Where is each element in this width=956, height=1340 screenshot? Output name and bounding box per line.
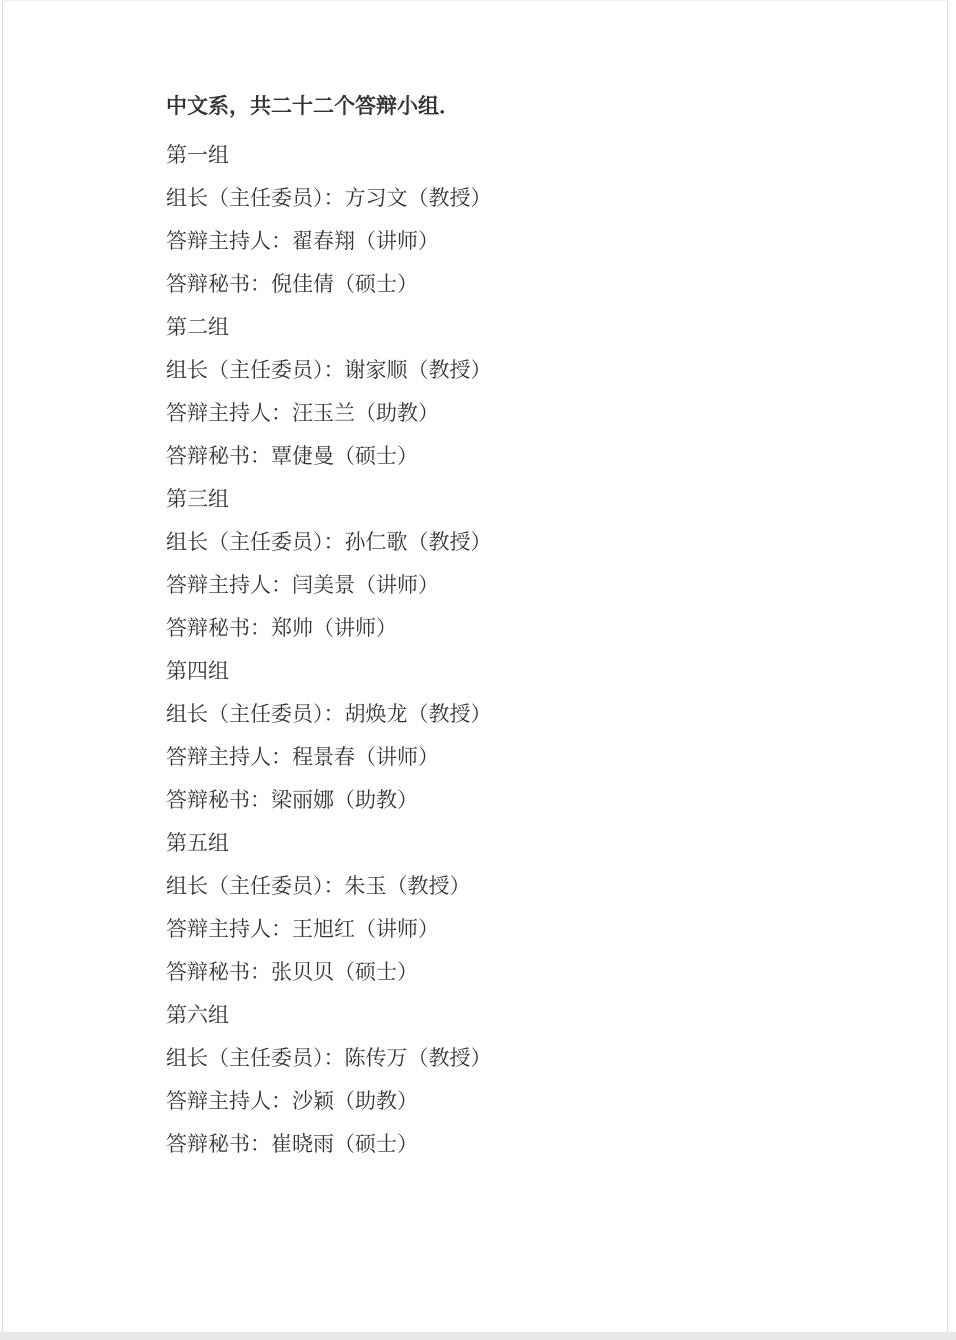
group-section-4: 第四组 组长（主任委员）：胡焕龙（教授） 答辩主持人：程景春（讲师） 答辩秘书：… — [166, 650, 806, 822]
group-leader-line: 组长（主任委员）：孙仁歌（教授） — [166, 521, 806, 564]
defense-secretary-line: 答辩秘书：倪佳倩（硕士） — [166, 263, 806, 306]
defense-host-line: 答辩主持人：闫美景（讲师） — [166, 564, 806, 607]
doc-title: 中文系，共二十二个答辩小组． — [166, 94, 806, 118]
group-heading: 第二组 — [166, 306, 806, 349]
group-section-6: 第六组 组长（主任委员）：陈传万（教授） 答辩主持人：沙颖（助教） 答辩秘书：崔… — [166, 994, 806, 1166]
page-content: 中文系，共二十二个答辩小组． 第一组 组长（主任委员）：方习文（教授） 答辩主持… — [166, 94, 806, 1166]
defense-host-line: 答辩主持人：汪玉兰（助教） — [166, 392, 806, 435]
document-viewport: 中文系，共二十二个答辩小组． 第一组 组长（主任委员）：方习文（教授） 答辩主持… — [0, 0, 956, 1340]
defense-secretary-line: 答辩秘书：张贝贝（硕士） — [166, 951, 806, 994]
group-leader-line: 组长（主任委员）：方习文（教授） — [166, 177, 806, 220]
defense-secretary-line: 答辩秘书：梁丽娜（助教） — [166, 779, 806, 822]
group-leader-line: 组长（主任委员）：胡焕龙（教授） — [166, 693, 806, 736]
defense-host-line: 答辩主持人：沙颖（助教） — [166, 1080, 806, 1123]
group-heading: 第六组 — [166, 994, 806, 1037]
group-section-5: 第五组 组长（主任委员）：朱玉（教授） 答辩主持人：王旭红（讲师） 答辩秘书：张… — [166, 822, 806, 994]
group-section-1: 第一组 组长（主任委员）：方习文（教授） 答辩主持人：翟春翔（讲师） 答辩秘书：… — [166, 134, 806, 306]
group-section-2: 第二组 组长（主任委员）：谢家顺（教授） 答辩主持人：汪玉兰（助教） 答辩秘书：… — [166, 306, 806, 478]
document-page: 中文系，共二十二个答辩小组． 第一组 组长（主任委员）：方习文（教授） 答辩主持… — [2, 0, 948, 1332]
page-gap — [0, 1332, 956, 1340]
defense-host-line: 答辩主持人：翟春翔（讲师） — [166, 220, 806, 263]
defense-secretary-line: 答辩秘书：郑帅（讲师） — [166, 607, 806, 650]
defense-host-line: 答辩主持人：程景春（讲师） — [166, 736, 806, 779]
group-leader-line: 组长（主任委员）：朱玉（教授） — [166, 865, 806, 908]
group-heading: 第三组 — [166, 478, 806, 521]
defense-host-line: 答辩主持人：王旭红（讲师） — [166, 908, 806, 951]
defense-secretary-line: 答辩秘书：覃倢曼（硕士） — [166, 435, 806, 478]
group-heading: 第四组 — [166, 650, 806, 693]
group-leader-line: 组长（主任委员）：谢家顺（教授） — [166, 349, 806, 392]
group-heading: 第一组 — [166, 134, 806, 177]
group-leader-line: 组长（主任委员）：陈传万（教授） — [166, 1037, 806, 1080]
defense-secretary-line: 答辩秘书：崔晓雨（硕士） — [166, 1123, 806, 1166]
group-heading: 第五组 — [166, 822, 806, 865]
group-section-3: 第三组 组长（主任委员）：孙仁歌（教授） 答辩主持人：闫美景（讲师） 答辩秘书：… — [166, 478, 806, 650]
